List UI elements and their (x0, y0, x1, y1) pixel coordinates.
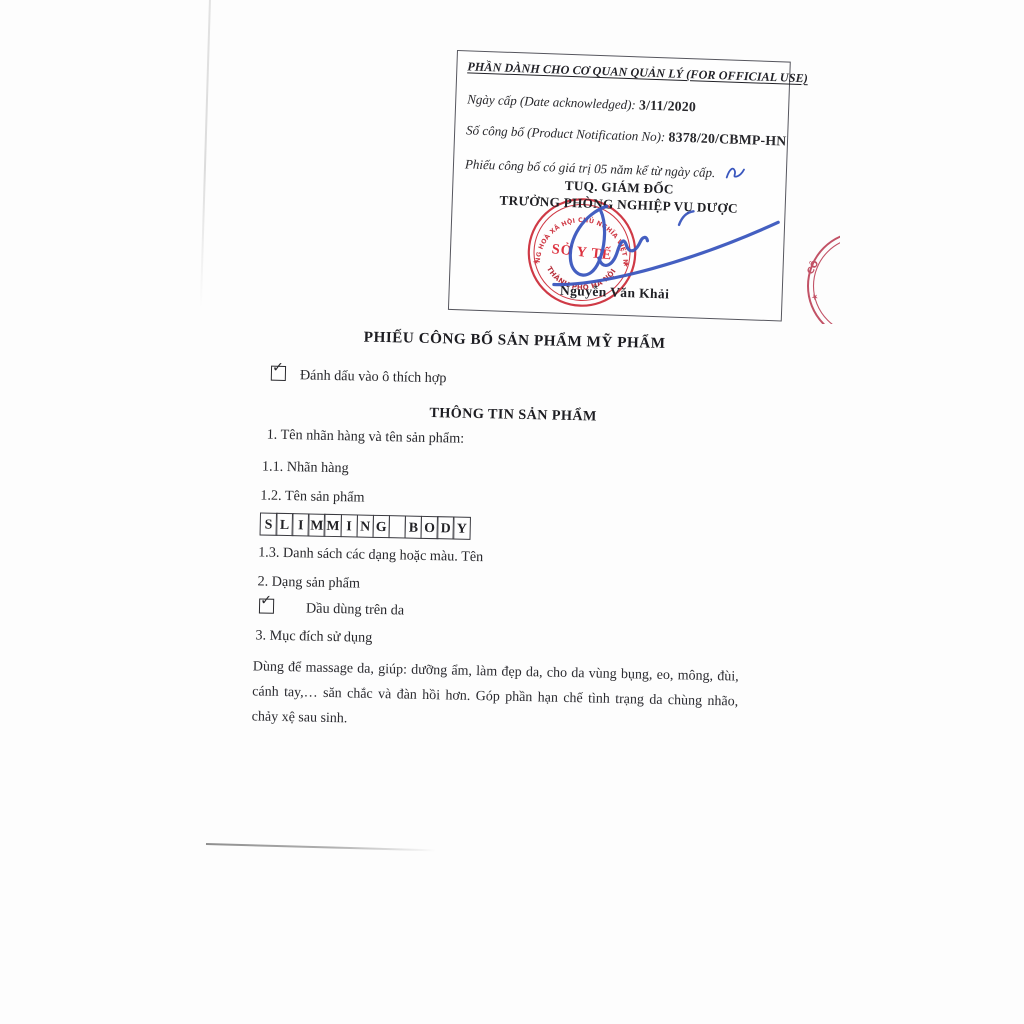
official-use-box: PHẦN DÀNH CHO CƠ QUAN QUẢN LÝ (FOR OFFIC… (448, 50, 791, 321)
item-1-2-product-name: 1.2. Tên sản phẩm (260, 487, 364, 506)
product-form-option-row: ✓Dầu dùng trên da (259, 598, 404, 619)
checkbox-note-label: Đánh dấu vào ô thích hợp (300, 367, 447, 386)
handwritten-ink-mark (723, 163, 746, 181)
item-1-3-variants-list: 1.3. Danh sách các dạng hoặc màu. Tên (258, 544, 483, 566)
product-form-option-label: Dầu dùng trên da (306, 600, 404, 618)
scan-artifact-line (206, 843, 436, 851)
checkbox-note-row: ✓Đánh dấu vào ô thích hợp (271, 366, 447, 388)
item-1-brand-and-product-name: 1. Tên nhãn hàng và tên sản phẩm: (266, 427, 464, 448)
partial-edge-stamp: CÔ ★ (796, 231, 840, 324)
checked-checkbox-icon: ✓ (271, 366, 286, 381)
date-value: 3/11/2020 (639, 97, 696, 114)
item-2-product-form: 2. Dạng sản phẩm (257, 573, 360, 592)
intended-use-paragraph: Dùng để massage da, giúp: dưỡng ẩm, làm … (251, 654, 738, 739)
product-name-cell: Y (453, 517, 471, 540)
official-box-header: PHẦN DÀNH CHO CƠ QUAN QUẢN LÝ (FOR OFFIC… (467, 59, 782, 85)
date-acknowledged-line: Ngày cấp (Date acknowledged): 3/11/2020 (467, 91, 696, 115)
document-title: PHIẾU CÔNG BỐ SẢN PHẨM MỸ PHẨM (240, 326, 790, 356)
section-title: THÔNG TIN SẢN PHẨM (238, 401, 788, 430)
edge-stamp-text: CÔ (804, 258, 821, 277)
product-name-boxes: SLIMMINGBODY (260, 512, 471, 539)
item-3-intended-use: 3. Mục đích sử dụng (255, 627, 372, 646)
signature-ink (542, 196, 787, 302)
paper-fold-line (200, 0, 211, 308)
notification-number-line: Số công bố (Product Notification No): 83… (466, 122, 787, 149)
checked-checkbox-icon: ✓ (259, 598, 274, 613)
notification-label: Số công bố (Product Notification No): (466, 122, 666, 144)
form-body: PHIẾU CÔNG BỐ SẢN PHẨM MỸ PHẨM ✓Đánh dấu… (230, 322, 800, 804)
date-label: Ngày cấp (Date acknowledged): (467, 91, 636, 112)
item-1-1-brand: 1.1. Nhãn hàng (262, 458, 349, 477)
notification-value: 8378/20/CBMP-HN (668, 129, 786, 148)
